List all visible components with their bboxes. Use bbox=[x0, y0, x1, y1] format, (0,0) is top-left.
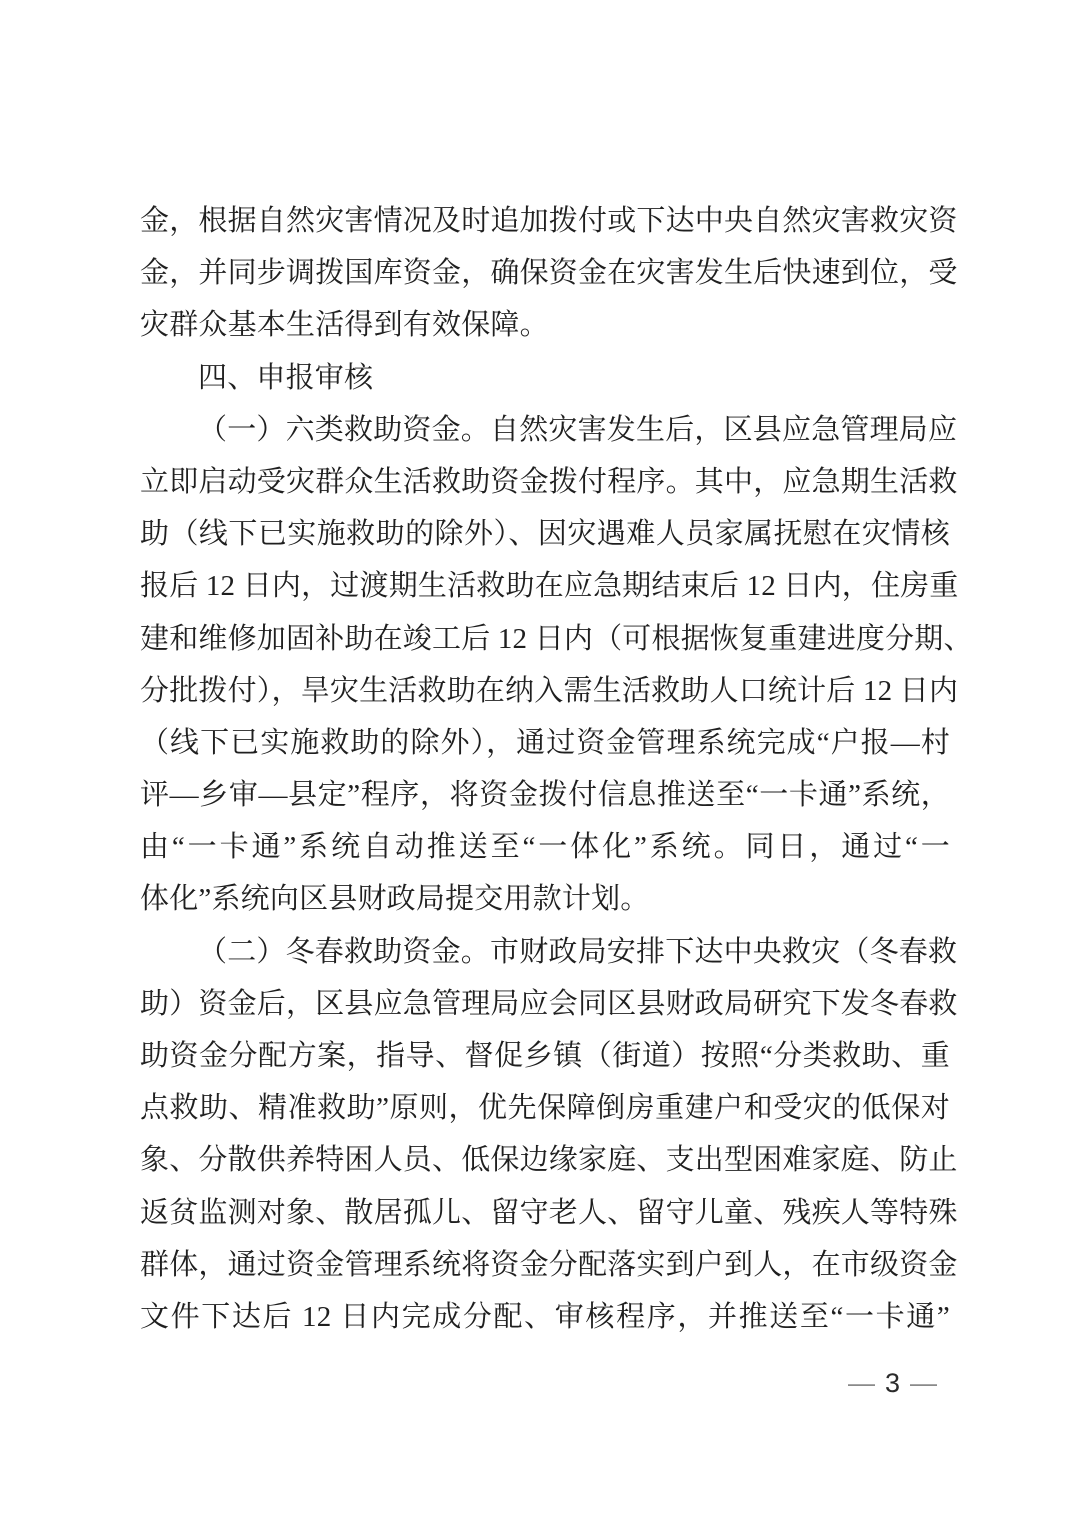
text-line: 助（线下已实施救助的除外）、因灾遇难人员家属抚慰在灾情核 bbox=[140, 508, 950, 560]
text-line: 助资金分配方案，指导、督促乡镇（街道）按照“分类救助、重 bbox=[140, 1030, 950, 1082]
text-line: 分批拨付），旱灾生活救助在纳入需生活救助人口统计后 12 日内 bbox=[140, 665, 950, 717]
text-line: 报后 12 日内，过渡期生活救助在应急期结束后 12 日内，住房重 bbox=[140, 560, 950, 612]
text-line: 群体，通过资金管理系统将资金分配落实到户到人，在市级资金 bbox=[140, 1239, 950, 1291]
text-line: 文件下达后 12 日内完成分配、审核程序，并推送至“一卡通” bbox=[140, 1291, 950, 1343]
text-line: 点救助、精准救助”原则，优先保障倒房重建户和受灾的低保对 bbox=[140, 1082, 950, 1134]
text-line: 建和维修加固补助在竣工后 12 日内（可根据恢复重建进度分期、 bbox=[140, 613, 950, 665]
text-line: 金，根据自然灾害情况及时追加拨付或下达中央自然灾害救灾资 bbox=[140, 195, 950, 247]
text-line: 评—乡审—县定”程序，将资金拨付信息推送至“一卡通”系统， bbox=[140, 769, 950, 821]
document-body: 金，根据自然灾害情况及时追加拨付或下达中央自然灾害救灾资金，并同步调拨国库资金，… bbox=[140, 195, 950, 1343]
text-line: 体化”系统向区县财政局提交用款计划。 bbox=[140, 873, 950, 925]
text-line: 立即启动受灾群众生活救助资金拨付程序。其中，应急期生活救 bbox=[140, 456, 950, 508]
text-line: 返贫监测对象、散居孤儿、留守老人、留守儿童、残疾人等特殊 bbox=[140, 1187, 950, 1239]
text-line: （二）冬春救助资金。市财政局安排下达中央救灾（冬春救 bbox=[140, 926, 950, 978]
footer-dash-right: — bbox=[910, 1368, 937, 1399]
text-line: 灾群众基本生活得到有效保障。 bbox=[140, 299, 950, 351]
text-line: （线下已实施救助的除外），通过资金管理系统完成“户报—村 bbox=[140, 717, 950, 769]
text-line: 助）资金后，区县应急管理局应会同区县财政局研究下发冬春救 bbox=[140, 978, 950, 1030]
document-page: 金，根据自然灾害情况及时追加拨付或下达中央自然灾害救灾资金，并同步调拨国库资金，… bbox=[0, 0, 1074, 1520]
section-heading: 四、申报审核 bbox=[140, 352, 950, 404]
page-number: 3 bbox=[885, 1368, 900, 1399]
text-line: 由“一卡通”系统自动推送至“一体化”系统。同日，通过“一 bbox=[140, 821, 950, 873]
text-line: 象、分散供养特困人员、低保边缘家庭、支出型困难家庭、防止 bbox=[140, 1134, 950, 1186]
text-line: （一）六类救助资金。自然灾害发生后，区县应急管理局应 bbox=[140, 404, 950, 456]
page-footer: — 3 — bbox=[848, 1368, 937, 1399]
footer-dash-left: — bbox=[848, 1368, 875, 1399]
text-line: 金，并同步调拨国库资金，确保资金在灾害发生后快速到位，受 bbox=[140, 247, 950, 299]
